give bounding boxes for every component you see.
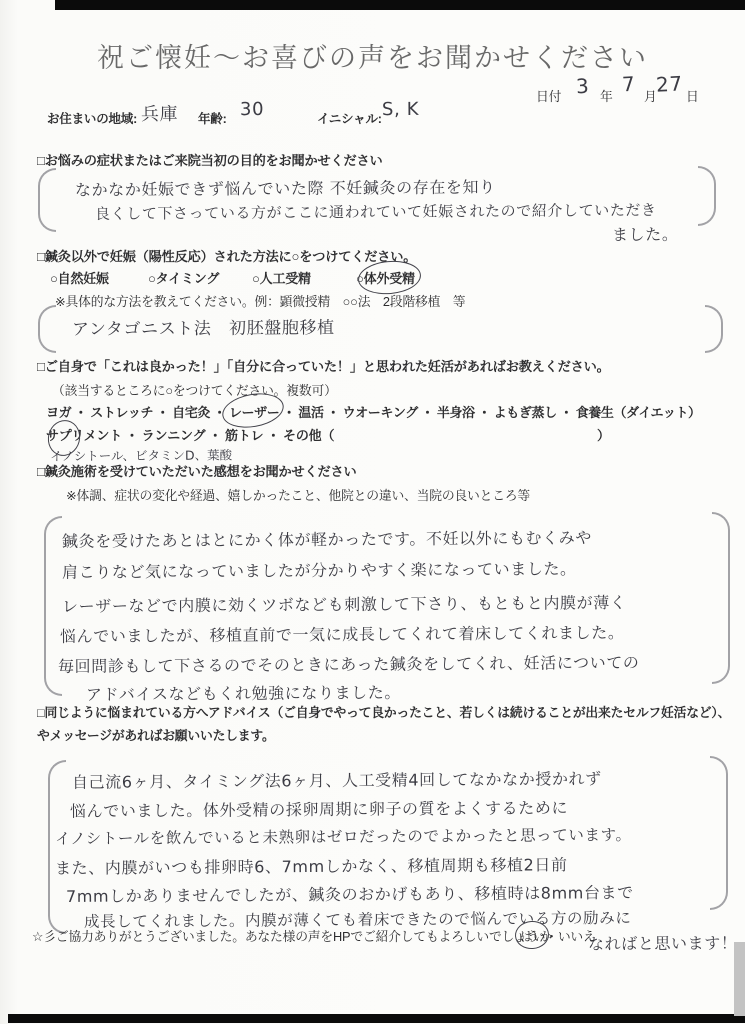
q5-answer-line: イノシトールを飲んでいると未熟卵はゼロだったのでよかったと思っています。: [55, 823, 632, 849]
age-value: 30: [240, 99, 264, 120]
q2-answer-bracket-right: [705, 305, 723, 353]
q3-heading: □ご自身で「これは良かった！」「自分に合っていた！」と思われた妊活があればお教え…: [37, 356, 610, 375]
date-label: 日付: [536, 86, 561, 105]
age-label: 年齢:: [198, 109, 227, 127]
q3-options-row2: サプリメント ・ ランニング ・ 筋トレ ・ その他（: [46, 425, 334, 444]
scan-edge-bar-bottom: [8, 1014, 745, 1023]
q4-answer-line: 肩こりなど気になっていましたが分かりやすく楽になっていました。: [62, 556, 577, 583]
initial-value: S, K: [382, 99, 419, 120]
footer-yes-circled: はい: [520, 926, 545, 945]
date-day-value: 27: [655, 71, 683, 96]
q4-answer-bracket-right: [712, 512, 730, 684]
q2-note: ※具体的な方法を教えてください。例：顕微授精 ○○法 2段階移植 等: [55, 291, 465, 310]
q2-option-ivf-circled: 体外受精: [364, 268, 415, 287]
q1-heading: □お悩みの症状またはご来院当初の目的をお聞かせください: [37, 150, 382, 169]
q3-option-laser-circled: レーザー: [229, 402, 279, 421]
q3-options-row1: ヨガ ・ ストレッチ ・ 自宅灸 ・ レーザー ・ 温活 ・ ウオーキング ・ …: [46, 402, 701, 421]
q3-row1-pre: ヨガ ・ ストレッチ ・ 自宅灸 ・: [46, 405, 229, 420]
region-value: 兵庫: [141, 100, 178, 126]
q3-row1-post: ・ 温活 ・ ウオーキング ・ 半身浴 ・ よもぎ蒸し ・ 食養生（ダイエット）: [279, 405, 700, 420]
q5-answer-line: なればと思います！: [588, 930, 738, 954]
q2-option-natural: ○自然妊娠: [50, 268, 109, 287]
q4-heading: □鍼灸施術を受けていただいた感想をお聞かせください: [37, 461, 356, 480]
q2-option-ivf: ○体外受精: [356, 268, 415, 287]
q2-option-aih: ○人工受精: [252, 268, 311, 287]
q2-answer-bracket-left: [38, 305, 56, 353]
date-month-value: 7: [621, 72, 636, 97]
scan-edge-bar-top: [55, 0, 745, 10]
form-title: 祝ご懐妊～お喜びの声をお聞かせください: [0, 36, 745, 75]
q1-answer-line: なかなか妊娠できず悩んでいた際 不妊鍼灸の存在を知り: [75, 175, 496, 201]
region-label: お住まいの地域:: [47, 109, 137, 127]
q4-subnote: ※体調、症状の変化や経過、嬉しかったこと、他院との違い、当院の良いところ等: [66, 485, 530, 504]
date-year-value: 3: [575, 74, 590, 99]
q3-subnote: （該当するところに○をつけてください。複数可）: [52, 380, 337, 399]
initial-label: イニシャル:: [317, 109, 382, 127]
footer-question: ☆彡ご協力ありがとうございました。あなた様の声をHPでご紹介してもよろしいでしょ…: [32, 926, 552, 945]
q5-heading-line1: □同じように悩まれている方へアドバイス（ご自身でやって良かったこと、若しくは続け…: [37, 702, 730, 721]
q2-option-timing: ○タイミング: [148, 268, 219, 287]
q4-answer-line: レーザーなどで内膜に効くツボなども刺激して下さり、もともと内膜が薄く: [62, 590, 627, 617]
q5-answer-bracket-right: [710, 756, 728, 910]
q1-answer-bracket-right: [698, 166, 716, 226]
footer-yes-no: はい・いいえ: [520, 926, 596, 945]
q4-answer-line: 悩んでいましたが、移植直前で一気に成長してくれて着床してくれました。: [60, 620, 625, 647]
q1-answer-line: ました。: [612, 222, 679, 245]
q5-answer-line: 悩んでいました。体外受精の採卵周期に卵子の質をよくするために: [70, 795, 568, 821]
q2-answer: アンタゴニスト法 初胚盤胞移植: [72, 313, 335, 340]
q4-answer-line: 毎回問診もして下さるのでそのときにあった鍼灸をしてくれ、妊活についての: [58, 650, 640, 677]
footer-no: いいえ: [558, 929, 596, 944]
q2-heading: □鍼灸以外で妊娠（陽性反応）された方法に○をつけてください。: [37, 246, 416, 265]
date-month-unit: 月: [644, 86, 657, 105]
q5-heading-line2: やメッセージがあればお願いいたします。: [37, 725, 275, 744]
q4-answer-line: 鍼灸を受けたあとはとにかく体が軽かったです。不妊以外にもむくみや: [62, 525, 592, 552]
q5-answer-line: 自己流6ヶ月、タイミング法6ヶ月、人工受精4回してなかなか授かれず: [72, 766, 602, 793]
q3-option-supplement-circled: サプリメント: [46, 425, 122, 444]
q1-answer-line: 良くして下さっている方がここに通われていて妊娠されたので紹介していただき: [95, 199, 657, 224]
q3-row2-close-paren: ）: [597, 425, 610, 444]
q5-answer-line: 7mmしかありませんでしたが、鍼灸のおかげもあり、移植時は8mm台まで: [66, 880, 634, 907]
scanned-form-page: 祝ご懐妊～お喜びの声をお聞かせください 日付 3 年 7 月 27 日 お住まい…: [0, 0, 745, 1024]
q5-answer-line: また、内膜がいつも排卵時6、7mmしかなく、移植周期も移植2日前: [55, 852, 568, 879]
q3-row2-post: ・ ランニング ・ 筋トレ ・ その他（: [122, 428, 334, 443]
date-year-unit: 年: [600, 86, 613, 105]
q1-answer-bracket-left: [38, 168, 56, 232]
date-day-unit: 日: [686, 86, 699, 105]
